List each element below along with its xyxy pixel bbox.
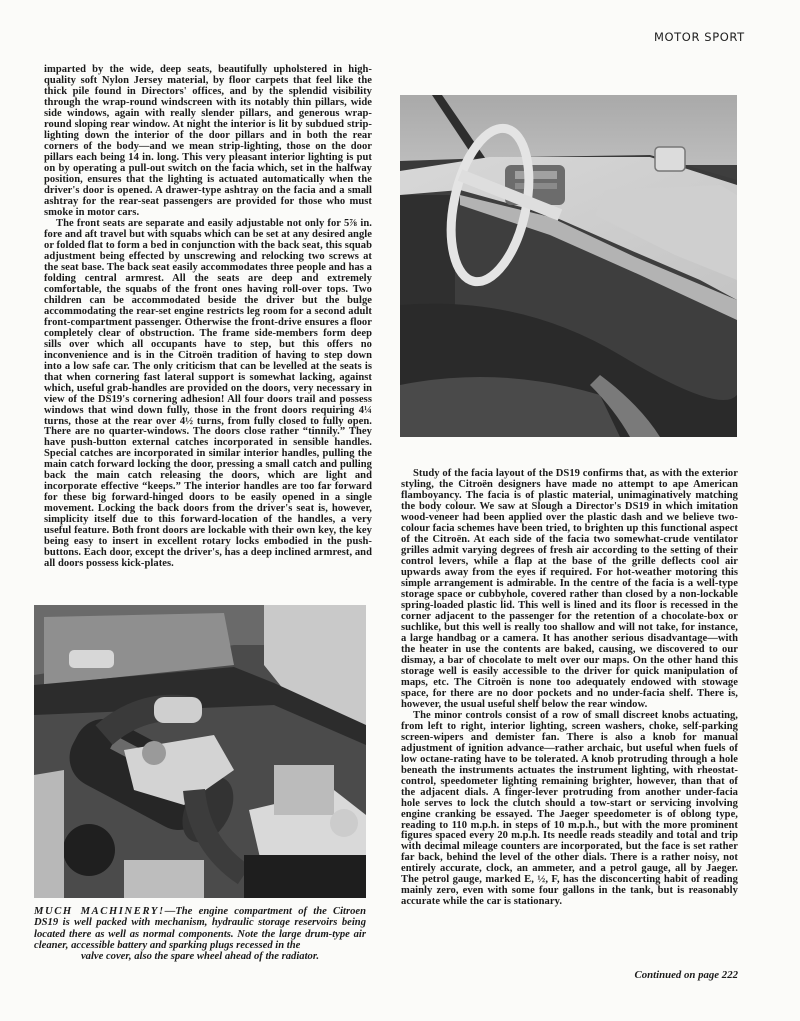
magazine-page: MOTOR SPORT imparted by the wide, deep s… [0, 0, 800, 1021]
dashboard-image-icon [400, 95, 737, 437]
engine-image-icon [34, 605, 366, 898]
paragraph: imparted by the wide, deep seats, beauti… [44, 64, 372, 218]
caption-last-line: valve cover, also the spare wheel ahead … [34, 951, 366, 962]
paragraph: The minor controls consist of a row of s… [401, 710, 738, 908]
right-column-text: Study of the facia layout of the DS19 co… [401, 468, 738, 907]
paragraph: Study of the facia layout of the DS19 co… [401, 468, 738, 710]
engine-photo [34, 605, 366, 898]
interior-photo [400, 95, 737, 437]
continued-on-link[interactable]: Continued on page 222 [600, 969, 738, 981]
masthead: MOTOR SPORT [654, 30, 745, 44]
paragraph: The front seats are separate and easily … [44, 218, 372, 570]
photo-caption: MUCH MACHINERY!—The engine compartment o… [34, 906, 366, 962]
caption-lead: MUCH MACHINERY! [34, 906, 165, 917]
left-column-text: imparted by the wide, deep seats, beauti… [44, 64, 372, 569]
